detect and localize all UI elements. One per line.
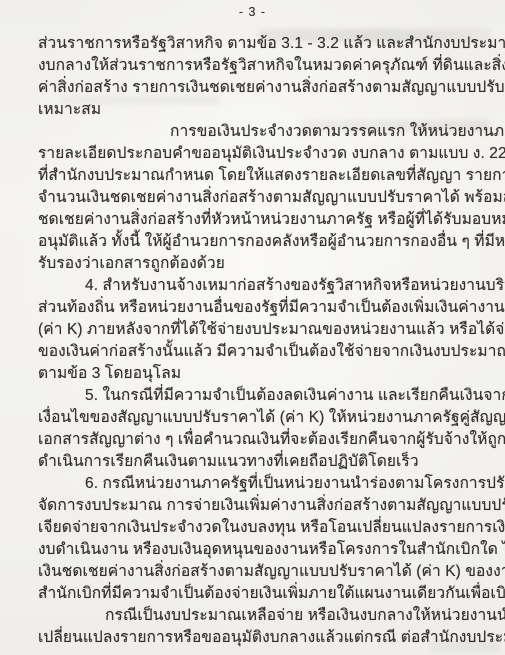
text-line: ชดเชยค่างานสิ่งก่อสร้างที่หัวหน้าหน่วยงา… [38, 209, 479, 231]
text-line: จำนวนเงินชดเชยค่างานสิ่งก่อสร้างตามสัญญา… [38, 187, 479, 209]
text-line: (ค่า K) ภายหลังจากที่ได้ใช้จ่ายงบประมาณข… [38, 319, 479, 341]
text-line: การขอเงินประจำงวดตามวรรคแรก ให้หน่วยงานภ… [38, 121, 479, 143]
text-line: งบดำเนินงาน หรืองบเงินอุดหนุนของงานหรือโ… [38, 539, 479, 561]
text-line: กรณีเป็นงบประมาณเหลือจ่าย หรือเงินงบกลาง… [38, 605, 479, 627]
text-line: 5. ในกรณีที่มีความจำเป็นต้องลดเงินค่างาน… [38, 385, 479, 407]
text-line: อนุมัติแล้ว ทั้งนี้ ให้ผู้อำนวยการกองคลั… [38, 231, 479, 253]
text-line: สำนักเบิกที่มีความจำเป็นต้องจ่ายเงินเพิ่… [38, 583, 479, 605]
text-line: รายละเอียดประกอบคำขออนุมัติเงินประจำงวด … [38, 143, 479, 165]
text-line: เจียดจ่ายจากเงินประจำงวดในงบลงทุน หรือโอ… [38, 517, 479, 539]
text-line: ดำเนินการเรียกคืนเงินตามแนวทางที่เคยถือป… [38, 451, 479, 473]
text-line: เงินชดเชยค่างานสิ่งก่อสร้างตามสัญญาแบบปร… [38, 561, 479, 583]
text-line: งบกลางให้ส่วนราชการหรือรัฐวิสาหกิจในหมวด… [38, 55, 479, 77]
text-line: จัดการงบประมาณ การจ่ายเงินเพิ่มค่างานสิ่… [38, 495, 479, 517]
text-line: รับรองว่าเอกสารถูกต้องด้วย [38, 253, 479, 275]
document-body: ส่วนราชการหรือรัฐวิสาหกิจ ตามข้อ 3.1 - 3… [38, 33, 479, 649]
text-line: ส่วนราชการหรือรัฐวิสาหกิจ ตามข้อ 3.1 - 3… [38, 33, 479, 55]
text-line: ตามข้อ 3 โดยอนุโลม [38, 363, 479, 385]
text-line: เงื่อนไขของสัญญาแบบปรับราคาได้ (ค่า K) ใ… [38, 407, 479, 429]
text-line: 6. กรณีหน่วยงานภาครัฐที่เป็นหน่วยงานนำร่… [38, 473, 479, 495]
scanned-document-page: - 3 - ส่วนราชการหรือรัฐวิสาหกิจ ตามข้อ 3… [0, 0, 505, 655]
text-line: 4. สำหรับงานจ้างเหมาก่อสร้างของรัฐวิสาหก… [38, 275, 479, 297]
text-line: เหมาะสม [38, 99, 479, 121]
page-number: - 3 - [0, 5, 505, 19]
text-line: ที่สำนักงบประมาณกำหนด โดยให้แสดงรายละเอี… [38, 165, 479, 187]
text-line: เอกสารสัญญาต่าง ๆ เพื่อคำนวณเงินที่จะต้อ… [38, 429, 479, 451]
text-line: ของเงินค่าก่อสร้างนั้นแล้ว มีความจำเป็นต… [38, 341, 479, 363]
text-line: ส่วนท้องถิ่น หรือหน่วยงานอื่นของรัฐที่มี… [38, 297, 479, 319]
text-line: เปลี่ยนแปลงรายการหรือขออนุมัติงบกลางแล้ว… [38, 627, 479, 649]
text-line: ค่าสิ่งก่อสร้าง รายการเงินชดเชยค่างานสิ่… [38, 77, 479, 99]
